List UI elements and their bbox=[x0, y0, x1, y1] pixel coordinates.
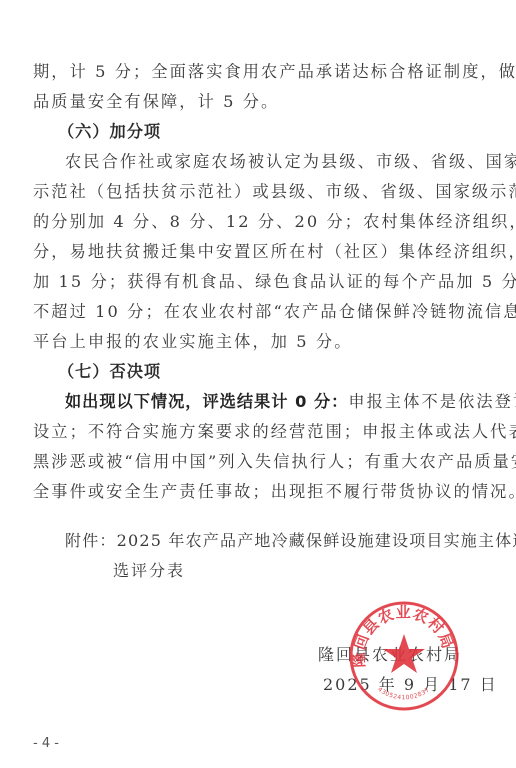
section-heading-veto: （七）否决项 bbox=[58, 362, 161, 382]
paragraph-line: 分，易地扶贫搬迁集中安置区所在村（社区）集体经济组织，再 bbox=[33, 242, 485, 262]
official-seal-icon: 隆回县农业农村局 4305241002837 bbox=[348, 600, 460, 712]
paragraph-line: 不超过 10 分；在农业农村部“农产品仓储保鲜冷链物流信息系统” bbox=[33, 302, 485, 322]
paragraph-line: 示范社（包括扶贫示范社）或县级、市级、省级、国家级示范场 bbox=[33, 182, 485, 202]
paragraph-line: 设立；不符合实施方案要求的经营范围；申报主体或法人代表涉 bbox=[33, 422, 485, 442]
page-number: - 4 - bbox=[33, 736, 59, 751]
paragraph-line: 期，计 5 分；全面落实食用农产品承诺达标合格证制度，做到产 bbox=[33, 62, 485, 82]
attachment-line: 选评分表 bbox=[113, 561, 185, 581]
paragraph-line: 品质量安全有保障，计 5 分。 bbox=[33, 92, 485, 112]
paragraph-line: 平台上申报的农业实施主体，加 5 分。 bbox=[33, 332, 485, 352]
paragraph-line: 加 15 分；获得有机食品、绿色食品认证的每个产品加 5 分，最高 bbox=[33, 272, 485, 292]
document-page: 期，计 5 分；全面落实食用农产品承诺达标合格证制度，做到产 品质量安全有保障，… bbox=[0, 0, 516, 768]
paragraph-line: 全事件或安全生产责任事故；出现拒不履行带货协议的情况。 bbox=[33, 482, 485, 502]
section-heading-bonus: （六）加分项 bbox=[58, 122, 161, 142]
paragraph-line: 农民合作社或家庭农场被认定为县级、市级、省级、国家级 bbox=[65, 152, 485, 172]
paragraph-line: 如出现以下情况，评选结果计 0 分：申报主体不是依法登记 bbox=[65, 392, 485, 412]
paragraph-line: 的分别加 4 分、8 分、12 分、20 分；农村集体经济组织，加 15 bbox=[33, 212, 485, 232]
paragraph-line: 黑涉恶或被“信用中国”列入失信执行人；有重大农产品质量安 bbox=[33, 452, 485, 472]
lead-rest-text: 申报主体不是依法登记 bbox=[348, 392, 516, 411]
attachment-line: 附件：2025 年农产品产地冷藏保鲜设施建设项目实施主体遴 bbox=[65, 531, 516, 551]
svg-text:4305241002837: 4305241002837 bbox=[376, 686, 431, 701]
bold-lead-text: 如出现以下情况，评选结果计 0 分： bbox=[65, 392, 348, 411]
